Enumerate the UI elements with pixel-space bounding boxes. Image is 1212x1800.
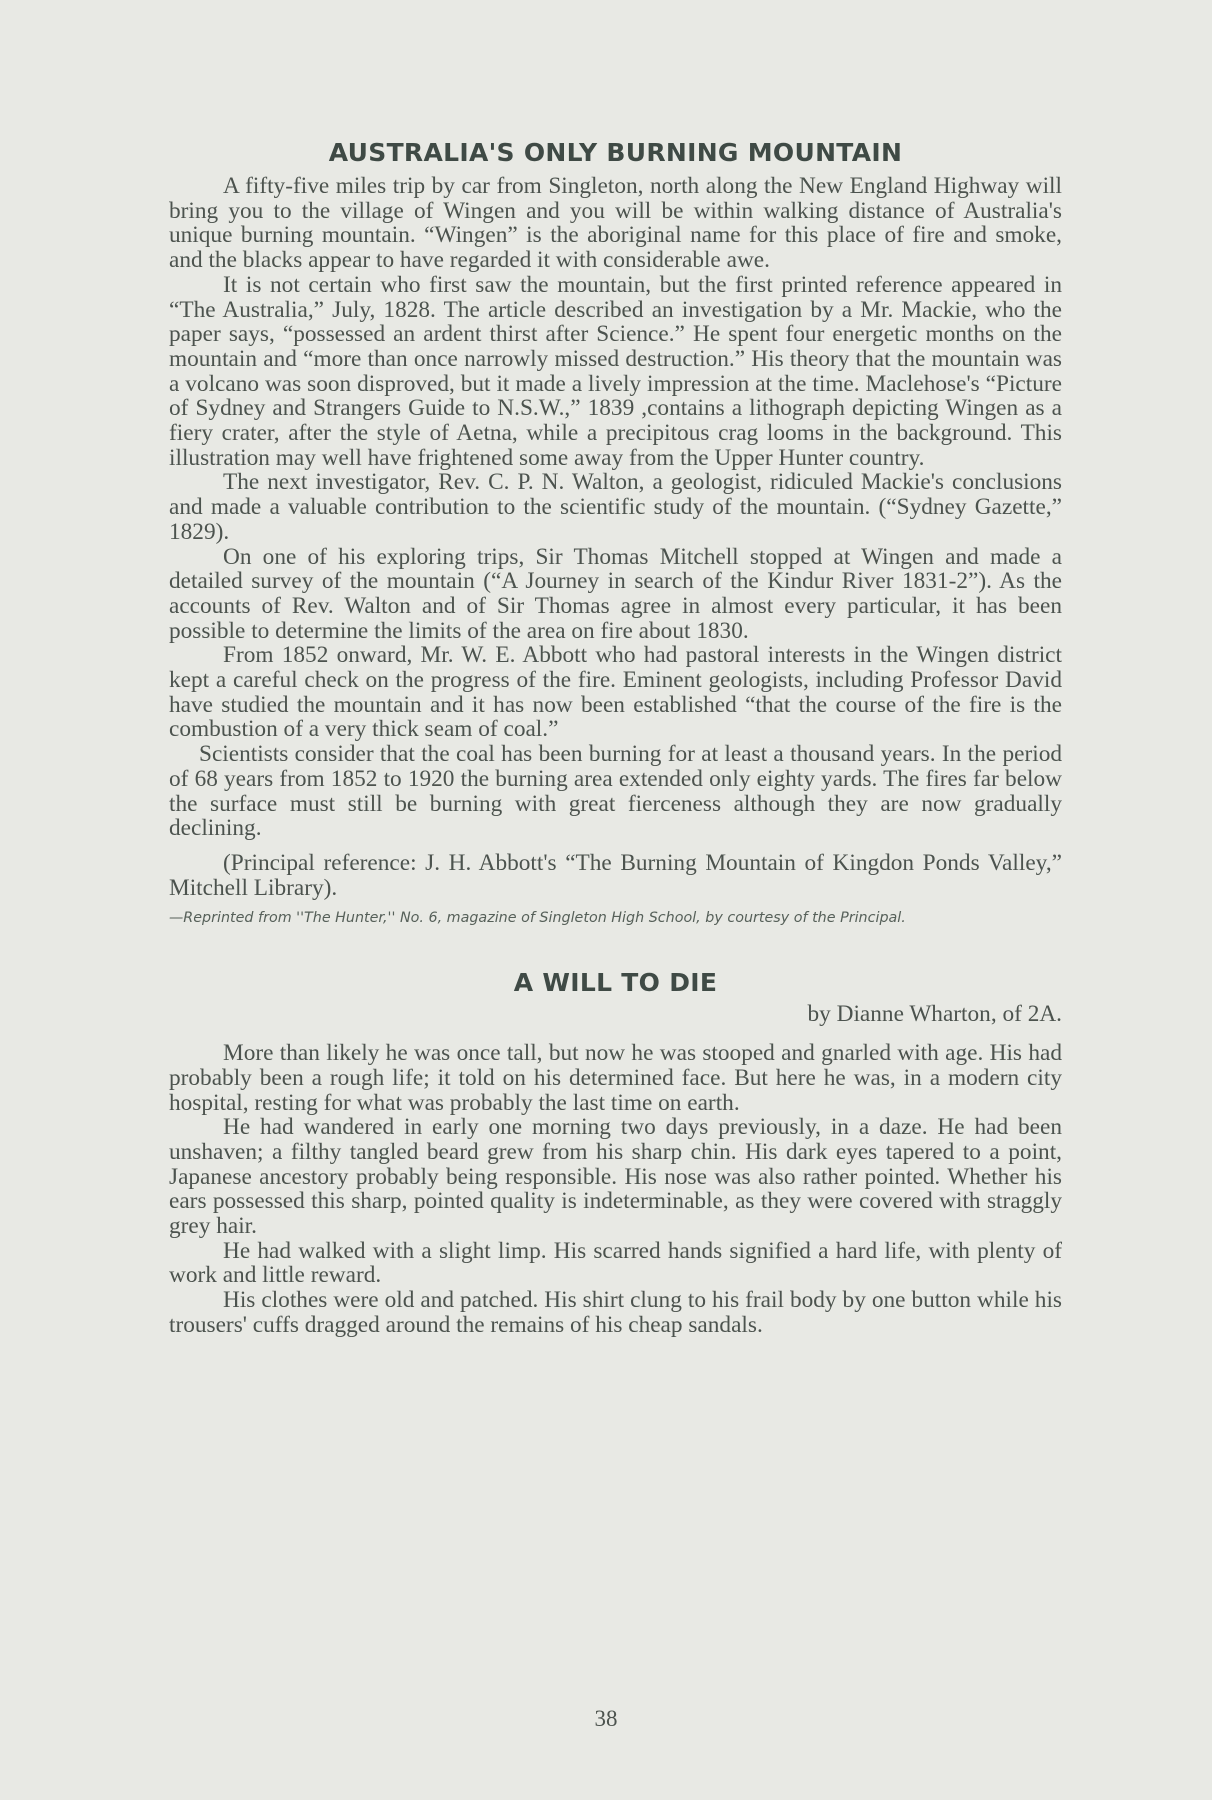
author-byline: by Dianne Wharton, of 2A. bbox=[169, 1002, 1062, 1027]
article2-paragraph: He had wandered in early one morning two… bbox=[169, 1115, 1062, 1239]
article2-paragraph: His clothes were old and patched. His sh… bbox=[169, 1288, 1062, 1337]
page-number: 38 bbox=[0, 1706, 1212, 1732]
article1-paragraph: From 1852 onward, Mr. W. E. Abbott who h… bbox=[169, 643, 1062, 742]
article1-reference: (Principal reference: J. H. Abbott's “Th… bbox=[169, 851, 1062, 900]
article1-paragraph: Scientists consider that the coal has be… bbox=[169, 742, 1062, 841]
magazine-page: AUSTRALIA'S ONLY BURNING MOUNTAIN A fift… bbox=[169, 130, 1062, 1338]
article1-paragraph: A fifty-five miles trip by car from Sing… bbox=[169, 174, 1062, 273]
reprint-credit: —Reprinted from ''The Hunter,'' No. 6, m… bbox=[169, 908, 1062, 928]
article-title-will-to-die: A WILL TO DIE bbox=[169, 968, 1062, 998]
article2-paragraph: He had walked with a slight limp. His sc… bbox=[169, 1239, 1062, 1288]
article2-paragraph: More than likely he was once tall, but n… bbox=[169, 1041, 1062, 1115]
article1-paragraph: The next investigator, Rev. C. P. N. Wal… bbox=[169, 470, 1062, 544]
article1-paragraph: It is not certain who first saw the moun… bbox=[169, 273, 1062, 471]
article-title-burning-mountain: AUSTRALIA'S ONLY BURNING MOUNTAIN bbox=[169, 138, 1062, 168]
article1-paragraph: On one of his exploring trips, Sir Thoma… bbox=[169, 545, 1062, 644]
